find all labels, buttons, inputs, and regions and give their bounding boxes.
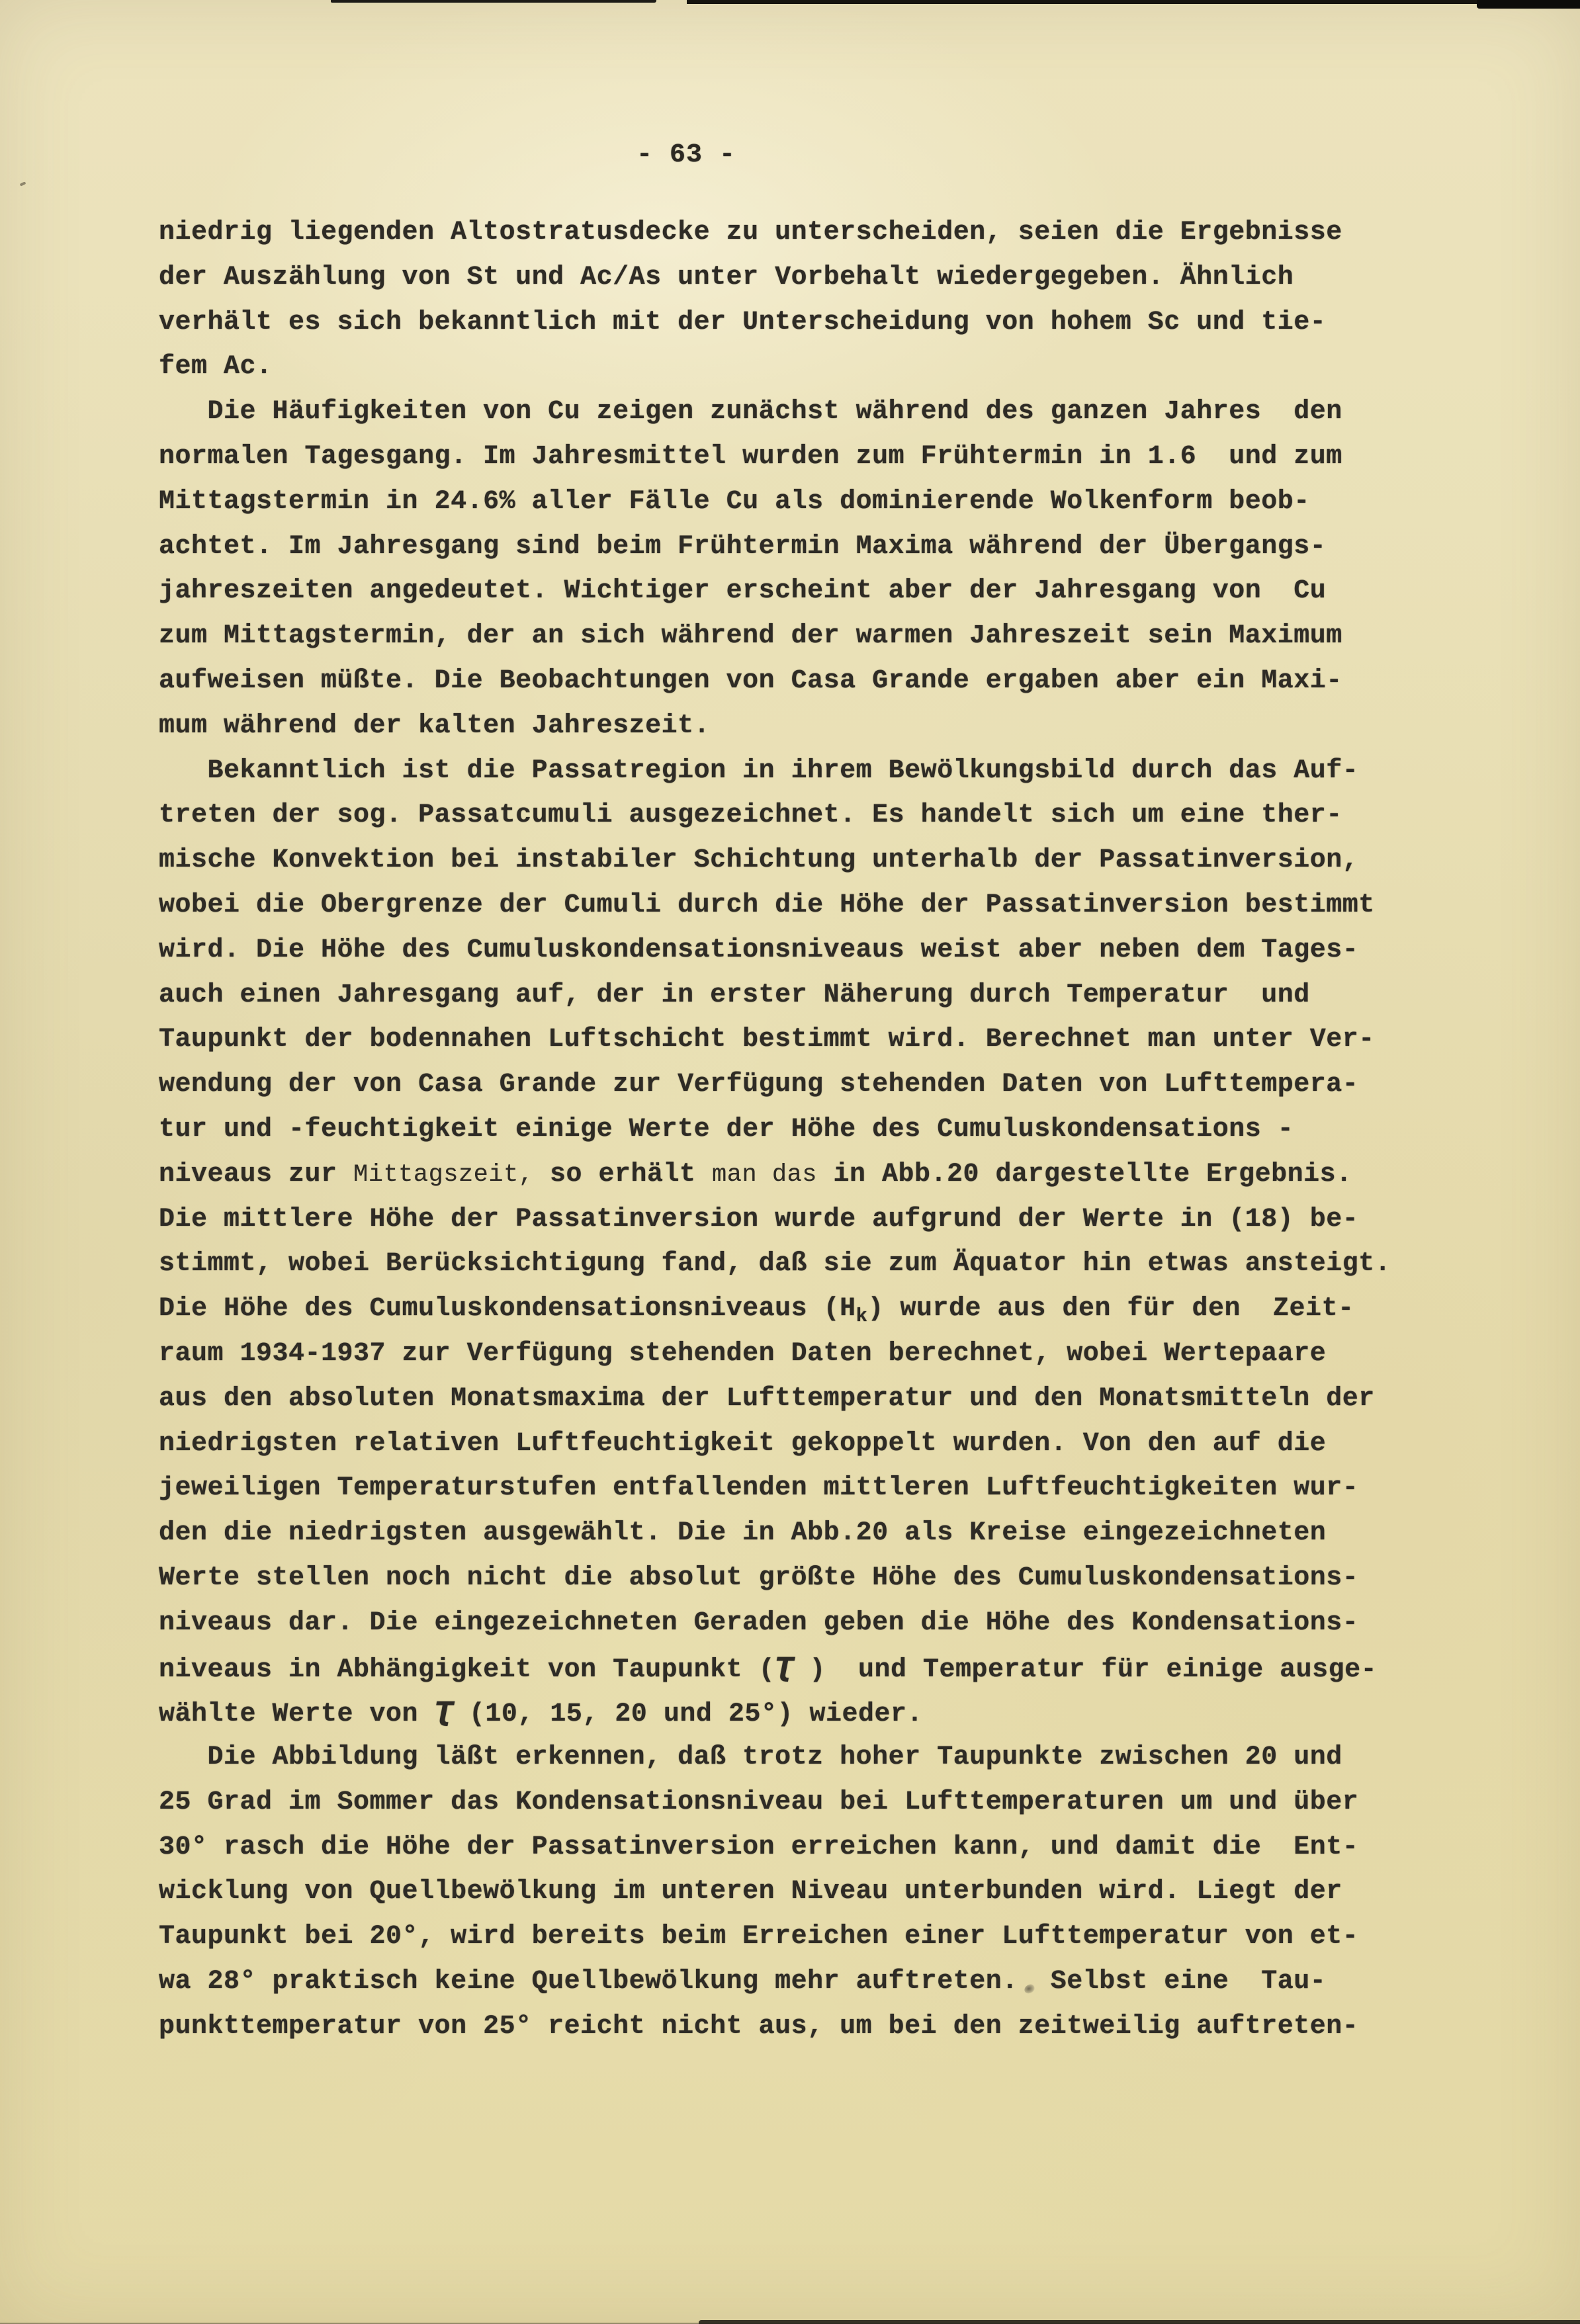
text-line: niedrig liegenden Altostratusdecke zu un… [159, 210, 1456, 255]
text-line: raum 1934-1937 zur Verfügung stehenden D… [159, 1332, 1456, 1377]
text-line: achtet. Im Jahresgang sind beim Frühterm… [159, 525, 1456, 570]
text-line: jahreszeiten angedeutet. Wichtiger ersch… [159, 569, 1456, 614]
text-line: stimmt, wobei Berücksichtigung fand, daß… [159, 1242, 1456, 1287]
text-line: niedrigsten relativen Luftfeuchtigkeit g… [159, 1422, 1456, 1467]
text-line: der Auszählung von St und Ac/As unter Vo… [159, 255, 1456, 300]
text-line: punkttemperatur von 25° reicht nicht aus… [159, 2004, 1456, 2049]
paper-speck [20, 181, 26, 186]
text-line: treten der sog. Passatcumuli ausgezeichn… [159, 793, 1456, 838]
text-line: auch einen Jahresgang auf, der in erster… [159, 973, 1456, 1018]
text-line: Taupunkt der bodennahen Luftschicht best… [159, 1017, 1456, 1062]
text-line: mische Konvektion bei instabiler Schicht… [159, 838, 1456, 883]
text-line: wählte Werte von Ʈ (10, 15, 20 und 25°) … [159, 1690, 1456, 1735]
text-line: niveaus in Abhängigkeit von Taupunkt (Ʈ … [159, 1646, 1456, 1691]
text-line: 25 Grad im Sommer das Kondensationsnivea… [159, 1780, 1456, 1825]
text-line: jeweiligen Temperaturstufen entfallenden… [159, 1466, 1456, 1511]
text-line: Die Häufigkeiten von Cu zeigen zunächst … [159, 390, 1456, 435]
page-number: - 63 - [636, 140, 736, 170]
text-line: wicklung von Quellbewölkung im unteren N… [159, 1870, 1456, 1915]
text-line: Taupunkt bei 20°, wird bereits beim Erre… [159, 1915, 1456, 1959]
text-line: zum Mittagstermin, der an sich während d… [159, 614, 1456, 659]
text-line: niveaus zur Mittagszeit, so erhält man d… [159, 1152, 1456, 1197]
text-line: Die mittlere Höhe der Passatinversion wu… [159, 1197, 1456, 1242]
text-line: mum während der kalten Jahreszeit. [159, 704, 1456, 749]
text-line: aufweisen müßte. Die Beobachtungen von C… [159, 659, 1456, 704]
text-line: fem Ac. [159, 345, 1456, 390]
text-line: wa 28° praktisch keine Quellbewölkung me… [159, 1959, 1456, 2004]
body-text: niedrig liegenden Altostratusdecke zu un… [159, 210, 1456, 2049]
text-line: Bekanntlich ist die Passatregion in ihre… [159, 749, 1456, 794]
text-line: wendung der von Casa Grande zur Verfügun… [159, 1062, 1456, 1107]
text-line: Mittagstermin in 24.6% aller Fälle Cu al… [159, 480, 1456, 525]
text-line: wird. Die Höhe des Cumuluskondensationsn… [159, 928, 1456, 973]
text-line: den die niedrigsten ausgewählt. Die in A… [159, 1511, 1456, 1556]
text-line: Die Abbildung läßt erkennen, daß trotz h… [159, 1735, 1456, 1780]
text-line: tur und -feuchtigkeit einige Werte der H… [159, 1107, 1456, 1152]
text-line: niveaus dar. Die eingezeichneten Geraden… [159, 1601, 1456, 1646]
document-page: { "document": { "page_number": "- 63 -",… [0, 0, 1580, 2324]
text-line: Werte stellen noch nicht die absolut grö… [159, 1556, 1456, 1601]
text-line: wobei die Obergrenze der Cumuli durch di… [159, 883, 1456, 928]
text-line: 30° rasch die Höhe der Passatinversion e… [159, 1825, 1456, 1870]
text-line: verhält es sich bekanntlich mit der Unte… [159, 300, 1456, 345]
scan-edge-top-right [687, 0, 1478, 4]
scan-edge-top-corner [1477, 0, 1580, 9]
text-line: normalen Tagesgang. Im Jahresmittel wurd… [159, 435, 1456, 480]
scan-edge-bottom-right [699, 2320, 1580, 2324]
text-line: Die Höhe des Cumuluskondensationsniveaus… [159, 1287, 1456, 1332]
text-line: aus den absoluten Monatsmaxima der Luftt… [159, 1377, 1456, 1422]
scan-edge-top-left [331, 0, 656, 3]
